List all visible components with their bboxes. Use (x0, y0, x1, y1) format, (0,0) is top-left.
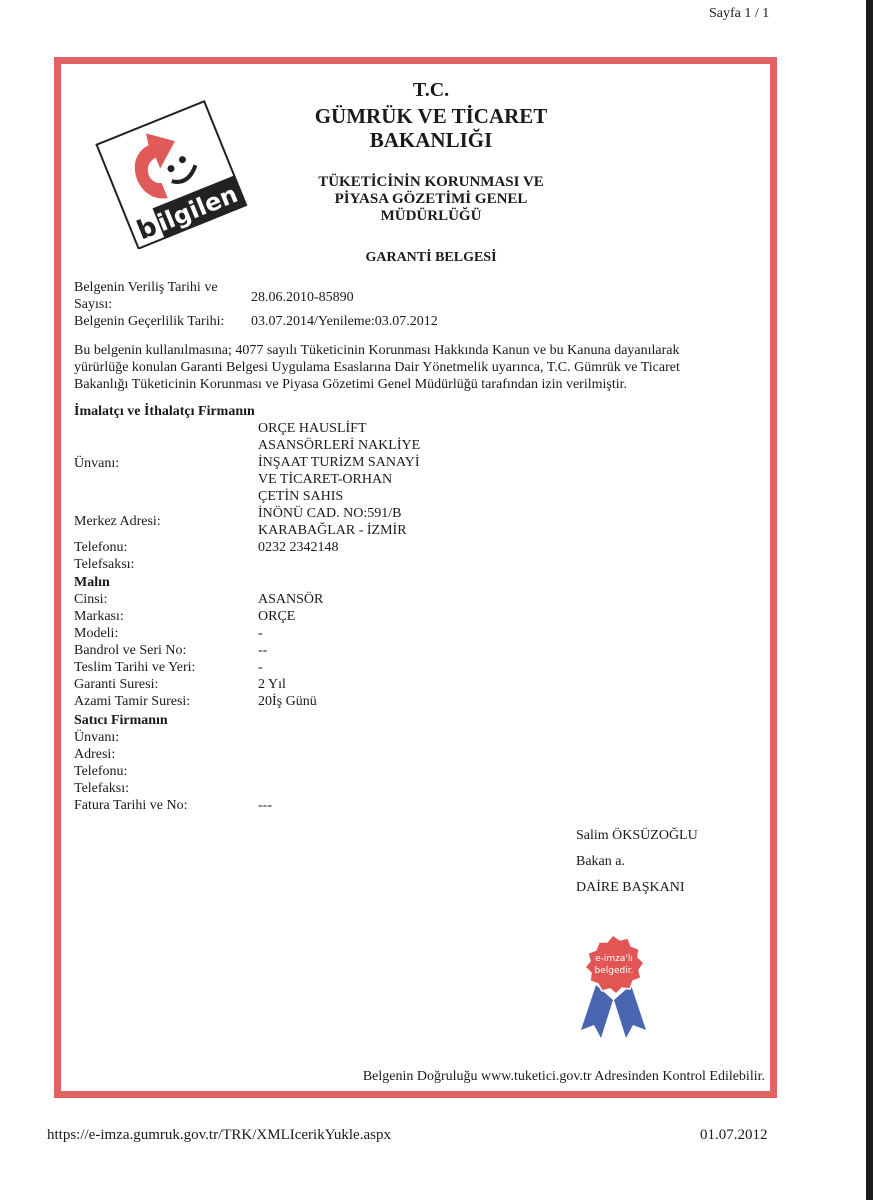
document-title: GARANTİ BELGESİ (281, 250, 581, 266)
svg-text:belgedir.: belgedir. (595, 966, 634, 976)
validity-label: Belgenin Geçerlilik Tarihi: (74, 313, 224, 330)
manufacturer-title-label: Ünvanı: (74, 455, 119, 472)
product-field-label: Markası: (74, 608, 124, 625)
ministry-line: GÜMRÜK VE TİCARET (281, 104, 581, 128)
invoice-label: Fatura Tarihi ve No: (74, 797, 187, 814)
paragraph-line: Bu belgenin kullanılmasına; 4077 sayılı … (74, 342, 764, 359)
ministry-name: GÜMRÜK VE TİCARET BAKANLIĞI (281, 104, 581, 152)
product-field-value: - (258, 659, 263, 676)
department-line: TÜKETİCİNİN KORUNMASI VE (281, 174, 581, 191)
address-line: İNÖNÜ CAD. NO:591/B (258, 505, 420, 522)
seller-title-label: Ünvanı: (74, 729, 119, 746)
validity-value: 03.07.2014/Yenileme:03.07.2012 (251, 313, 438, 330)
signatory-position: DAİRE BAŞKANI (576, 879, 685, 896)
page-number: Sayfa 1 / 1 (709, 6, 769, 22)
title-line: İNŞAAT TURİZM SANAYİ (258, 454, 420, 471)
title-line: ÇETİN SAHIS (258, 488, 420, 505)
manufacturer-title-value: ORÇE HAUSLİFT ASANSÖRLERİ NAKLİYE İNŞAAT… (258, 420, 420, 556)
product-field-value: ASANSÖR (258, 591, 323, 608)
product-field-label: Teslim Tarihi ve Yeri: (74, 659, 195, 676)
title-line: ASANSÖRLERİ NAKLİYE (258, 437, 420, 454)
manufacturer-phone-label: Telefonu: (74, 539, 127, 556)
manufacturer-address-label: Merkez Adresi: (74, 513, 161, 530)
issue-label-line1: Belgenin Veriliş Tarihi ve (74, 279, 218, 296)
bilgilen-logo-icon: b ilgilen (91, 99, 251, 249)
department-name: TÜKETİCİNİN KORUNMASI VE PİYASA GÖZETİMİ… (281, 174, 581, 225)
product-field-label: Bandrol ve Seri No: (74, 642, 186, 659)
product-field-value: 2 Yıl (258, 676, 286, 693)
manufacturer-heading: İmalatçı ve İthalatçı Firmanın (74, 403, 255, 420)
scan-edge (866, 0, 873, 1200)
product-field-label: Cinsi: (74, 591, 107, 608)
invoice-value: --- (258, 797, 272, 814)
address-line: KARABAĞLAR - İZMİR (258, 522, 420, 539)
product-heading: Malın (74, 574, 110, 591)
footer-url: https://e-imza.gumruk.gov.tr/TRK/XMLIcer… (47, 1127, 391, 1144)
issue-label-line2: Sayısı: (74, 296, 112, 313)
header-tc: T.C. (281, 79, 581, 102)
certificate-frame: b ilgilen T.C. GÜMRÜK VE TİCARET BAKANLI… (54, 57, 777, 1098)
title-line: ORÇE HAUSLİFT (258, 420, 420, 437)
product-field-label: Garanti Suresi: (74, 676, 158, 693)
e-signature-ribbon-icon: e-imza'lı belgedir. (576, 930, 651, 1050)
product-field-label: Azami Tamir Suresi: (74, 693, 190, 710)
manufacturer-phone-value: 0232 2342148 (258, 539, 420, 556)
product-field-value: -- (258, 642, 267, 659)
signatory-on-behalf: Bakan a. (576, 853, 625, 870)
seller-fax-label: Telefaksı: (74, 780, 129, 797)
manufacturer-fax-label: Telefsaksı: (74, 556, 134, 573)
title-line: VE TİCARET-ORHAN (258, 471, 420, 488)
seller-phone-label: Telefonu: (74, 763, 127, 780)
svg-text:e-imza'lı: e-imza'lı (595, 954, 633, 964)
legal-paragraph: Bu belgenin kullanılmasına; 4077 sayılı … (74, 342, 764, 393)
signatory-name: Salim ÖKSÜZOĞLU (576, 827, 698, 844)
product-field-value: 20İş Günü (258, 693, 317, 710)
paragraph-line: yürürlüğe konulan Garanti Belgesi Uygula… (74, 359, 764, 376)
product-field-label: Modeli: (74, 625, 118, 642)
seller-address-label: Adresi: (74, 746, 115, 763)
paragraph-line: Bakanlığı Tüketicinin Korunması ve Piyas… (74, 376, 764, 393)
seller-heading: Satıcı Firmanın (74, 712, 168, 729)
product-field-value: ORÇE (258, 608, 295, 625)
ministry-line: BAKANLIĞI (281, 128, 581, 152)
issue-value: 28.06.2010-85890 (251, 289, 354, 306)
print-date: 01.07.2012 (700, 1127, 768, 1144)
department-line: MÜDÜRLÜĞÜ (281, 208, 581, 225)
verification-note: Belgenin Doğruluğu www.tuketici.gov.tr A… (363, 1069, 765, 1085)
product-field-value: - (258, 625, 263, 642)
department-line: PİYASA GÖZETİMİ GENEL (281, 191, 581, 208)
